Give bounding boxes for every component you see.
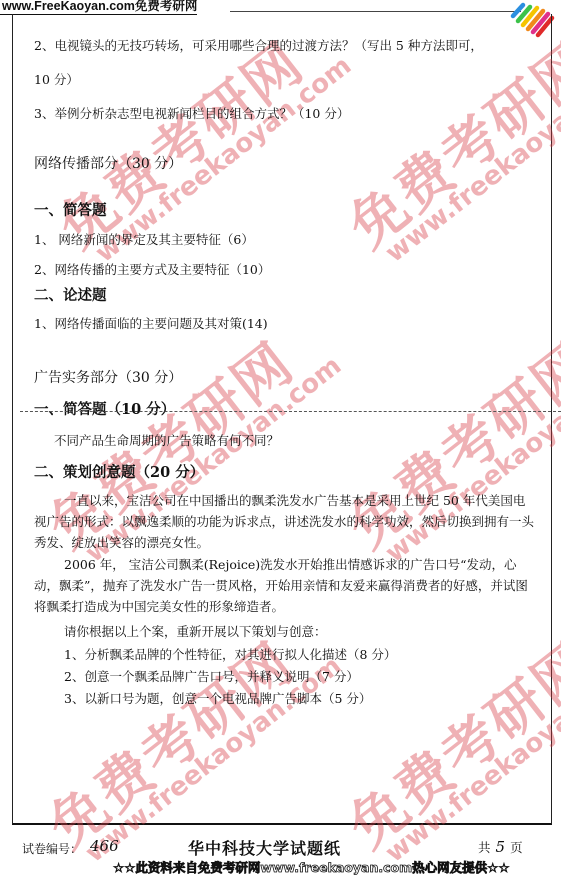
pages-prefix: 共 [478, 840, 491, 855]
ad-section-title: 广告实务部分（30 分） [34, 370, 182, 386]
network-part2-item-1: 1、网络传播面临的主要问题及其对策(14) [34, 316, 268, 332]
ad-instruction: 请你根据以上个案，重新开展以下策划与创意： [64, 624, 327, 640]
network-part1-item-2: 2、网络传播的主要方式及主要特征（10） [34, 262, 270, 278]
ad-part1-heading: 一、简答题（10 分） [34, 402, 175, 418]
case-paragraph-2: 2006 年， 宝洁公司飘柔(Rejoice)洗发水开始推出情感诉求的广告口号“… [34, 554, 534, 617]
ad-task-1: 1、分析飘柔品牌的个性特征，对其进行拟人化描述（8 分） [64, 647, 396, 663]
header-rule [230, 11, 521, 12]
pages-total: 5 [496, 838, 506, 856]
exam-code-label: 试卷编号： [22, 840, 82, 857]
network-section-title: 网络传播部分（30 分） [34, 156, 182, 172]
tv-question-2-line2: 10 分） [34, 72, 79, 88]
ad-part2-heading: 二、策划创意题（20 分） [34, 465, 204, 481]
ad-task-3: 3、以新口号为题，创意一个电视品牌广告脚本（5 分） [64, 691, 371, 707]
exam-code-value: 466 [90, 837, 119, 855]
pages-suffix: 页 [510, 840, 523, 855]
university-title: 华中科技大学试题纸 [188, 836, 341, 859]
case-paragraph-1-text: 一直以来，宝洁公司在中国播出的飘柔洗发水广告基本是采用上世纪 50 年代美国电视… [34, 493, 534, 550]
case-paragraph-1: 一直以来，宝洁公司在中国播出的飘柔洗发水广告基本是采用上世纪 50 年代美国电视… [34, 490, 534, 553]
page-count: 共5页 [478, 838, 523, 856]
network-part2-heading: 二、论述题 [34, 288, 107, 304]
tv-question-3: 3、举例分析杂志型电视新闻栏目的组合方式？（10 分） [34, 106, 349, 122]
dashed-rule [20, 411, 561, 412]
source-banner: ☆☆此资料来自免费考研网www.freekaoyan.com热心网友提供☆☆ [113, 858, 510, 876]
network-part1-heading: 一、简答题 [34, 203, 107, 219]
case-paragraph-2-text: 2006 年， 宝洁公司飘柔(Rejoice)洗发水开始推出情感诉求的广告口号“… [34, 557, 528, 614]
ad-part1-question: 不同产品生命周期的广告策略有何不同？ [54, 433, 279, 449]
ad-task-2: 2、创意一个飘柔品牌广告口号，并释义说明（7 分） [64, 669, 359, 685]
site-header-label: www.FreeKaoyan.com免费考研网 [0, 0, 197, 15]
tv-question-2-line1: 2、电视镜头的无技巧转场，可采用哪些合理的过渡方法？（写出 5 种方法即可， [34, 38, 483, 54]
exam-footer: 试卷编号： 466 华中科技大学试题纸 共5页 [0, 835, 561, 855]
network-part1-item-1: 1、 网络新闻的界定及其主要特征（6） [34, 232, 254, 248]
